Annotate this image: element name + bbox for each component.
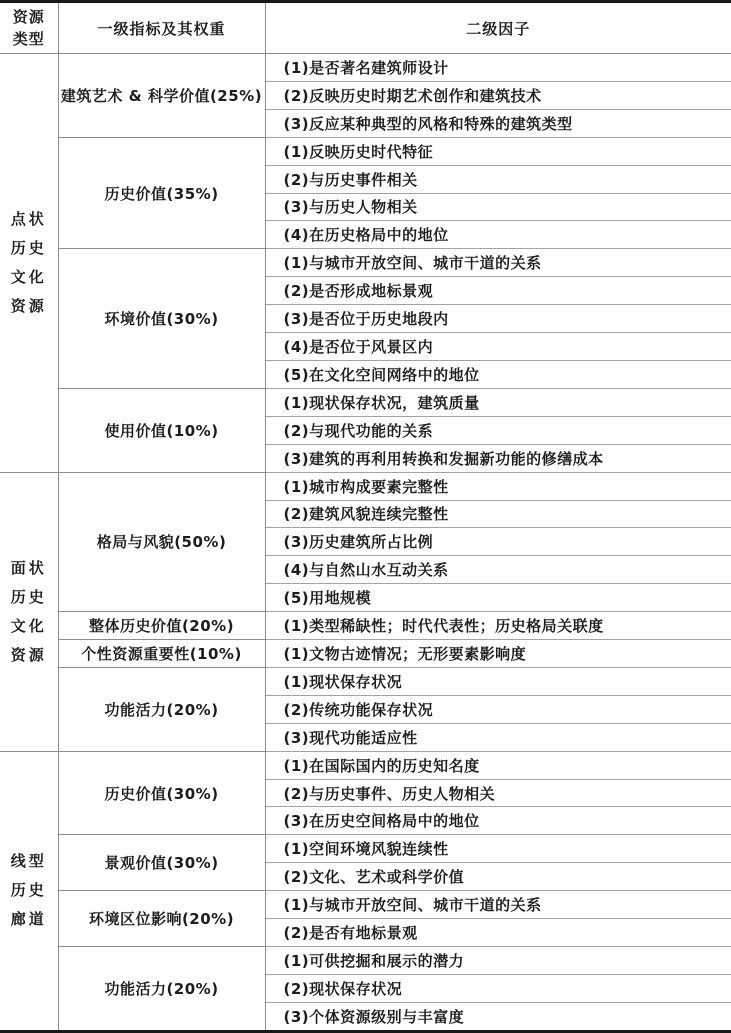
factor-cell: (3)现代功能适应性 [265,723,731,751]
table-row: 点状历史文化资源建筑艺术 & 科学价值(25%)(1)是否著名建筑师设计 [0,54,731,82]
factor-cell: (1)城市构成要素完整性 [265,472,731,500]
factor-cell: (1)文物古迹情况；无形要素影响度 [265,640,731,668]
evaluation-indicator-table: 资源 类型 一级指标及其权重 二级因子 点状历史文化资源建筑艺术 & 科学价值(… [0,0,731,1033]
factor-cell: (2)与现代功能的关系 [265,416,731,444]
indicator-cell: 建筑艺术 & 科学价值(25%) [58,54,265,138]
table-row: 线型历史廊道历史价值(30%)(1)在国际国内的历史知名度 [0,751,731,779]
table-row: 历史价值(35%)(1)反映历史时代特征 [0,137,731,165]
resource-type-line: 资源 [0,641,58,670]
factor-cell: (1)与城市开放空间、城市干道的关系 [265,249,731,277]
factor-cell: (2)反映历史时期艺术创作和建筑技术 [265,81,731,109]
table-row: 环境价值(30%)(1)与城市开放空间、城市干道的关系 [0,249,731,277]
factor-cell: (3)与历史人物相关 [265,193,731,221]
resource-type-line: 文化 [0,263,58,292]
factor-cell: (1)与城市开放空间、城市干道的关系 [265,891,731,919]
table-row: 环境区位影响(20%)(1)与城市开放空间、城市干道的关系 [0,891,731,919]
indicator-cell: 整体历史价值(20%) [58,612,265,640]
resource-type-line: 文化 [0,612,58,641]
factor-cell: (1)是否著名建筑师设计 [265,54,731,82]
table-row: 使用价值(10%)(1)现状保存状况，建筑质量 [0,388,731,416]
resource-type-cell: 点状历史文化资源 [0,54,58,473]
factor-cell: (5)用地规模 [265,584,731,612]
table-row: 功能活力(20%)(1)现状保存状况 [0,667,731,695]
resource-type-line: 历史 [0,234,58,263]
resource-type-line: 面状 [0,554,58,583]
table-body: 点状历史文化资源建筑艺术 & 科学价值(25%)(1)是否著名建筑师设计(2)反… [0,54,731,1032]
factor-cell: (1)空间环境风貌连续性 [265,835,731,863]
indicator-cell: 景观价值(30%) [58,835,265,891]
factor-cell: (2)现状保存状况 [265,974,731,1002]
factor-cell: (2)与历史事件、历史人物相关 [265,779,731,807]
header-level2-factor: 二级因子 [265,2,731,54]
factor-cell: (3)在历史空间格局中的地位 [265,807,731,835]
resource-type-line: 线型 [0,847,58,876]
resource-type-line: 历史 [0,876,58,905]
header-resource-type-line2: 类型 [0,28,58,50]
factor-cell: (2)建筑风貌连续完整性 [265,500,731,528]
indicator-cell: 环境区位影响(20%) [58,891,265,947]
factor-cell: (2)是否形成地标景观 [265,277,731,305]
factor-cell: (2)文化、艺术或科学价值 [265,863,731,891]
resource-type-line: 点状 [0,205,58,234]
factor-cell: (3)历史建筑所占比例 [265,528,731,556]
resource-type-line: 资源 [0,292,58,321]
indicator-cell: 个性资源重要性(10%) [58,640,265,668]
table-row: 整体历史价值(20%)(1)类型稀缺性；时代代表性；历史格局关联度 [0,612,731,640]
table-row: 功能活力(20%)(1)可供挖掘和展示的潜力 [0,947,731,975]
resource-type-line: 廊道 [0,905,58,934]
header-resource-type-line1: 资源 [0,6,58,28]
table-row: 面状历史文化资源格局与风貌(50%)(1)城市构成要素完整性 [0,472,731,500]
factor-cell: (1)现状保存状况，建筑质量 [265,388,731,416]
factor-cell: (2)传统功能保存状况 [265,695,731,723]
factor-cell: (1)类型稀缺性；时代代表性；历史格局关联度 [265,612,731,640]
factor-cell: (2)与历史事件相关 [265,165,731,193]
table-row: 景观价值(30%)(1)空间环境风貌连续性 [0,835,731,863]
table-row: 个性资源重要性(10%)(1)文物古迹情况；无形要素影响度 [0,640,731,668]
indicator-cell: 功能活力(20%) [58,667,265,751]
factor-cell: (2)是否有地标景观 [265,919,731,947]
indicator-cell: 历史价值(35%) [58,137,265,249]
header-level1-indicator: 一级指标及其权重 [58,2,265,54]
factor-cell: (5)在文化空间网络中的地位 [265,360,731,388]
factor-cell: (4)与自然山水互动关系 [265,556,731,584]
factor-cell: (1)现状保存状况 [265,667,731,695]
factor-cell: (3)个体资源级别与丰富度 [265,1002,731,1031]
indicator-cell: 格局与风貌(50%) [58,472,265,612]
factor-cell: (1)可供挖掘和展示的潜力 [265,947,731,975]
resource-type-cell: 线型历史廊道 [0,751,58,1031]
indicator-cell: 使用价值(10%) [58,388,265,472]
table-header: 资源 类型 一级指标及其权重 二级因子 [0,2,731,54]
header-resource-type: 资源 类型 [0,2,58,54]
factor-cell: (3)建筑的再利用转换和发掘新功能的修缮成本 [265,444,731,472]
factor-cell: (3)是否位于历史地段内 [265,305,731,333]
factor-cell: (4)在历史格局中的地位 [265,221,731,249]
factor-cell: (1)在国际国内的历史知名度 [265,751,731,779]
indicator-cell: 环境价值(30%) [58,249,265,389]
factor-cell: (1)反映历史时代特征 [265,137,731,165]
resource-type-line: 历史 [0,583,58,612]
resource-type-cell: 面状历史文化资源 [0,472,58,751]
header-row: 资源 类型 一级指标及其权重 二级因子 [0,2,731,54]
factor-cell: (4)是否位于风景区内 [265,333,731,361]
factor-cell: (3)反应某种典型的风格和特殊的建筑类型 [265,109,731,137]
indicator-cell: 功能活力(20%) [58,947,265,1032]
indicator-cell: 历史价值(30%) [58,751,265,835]
